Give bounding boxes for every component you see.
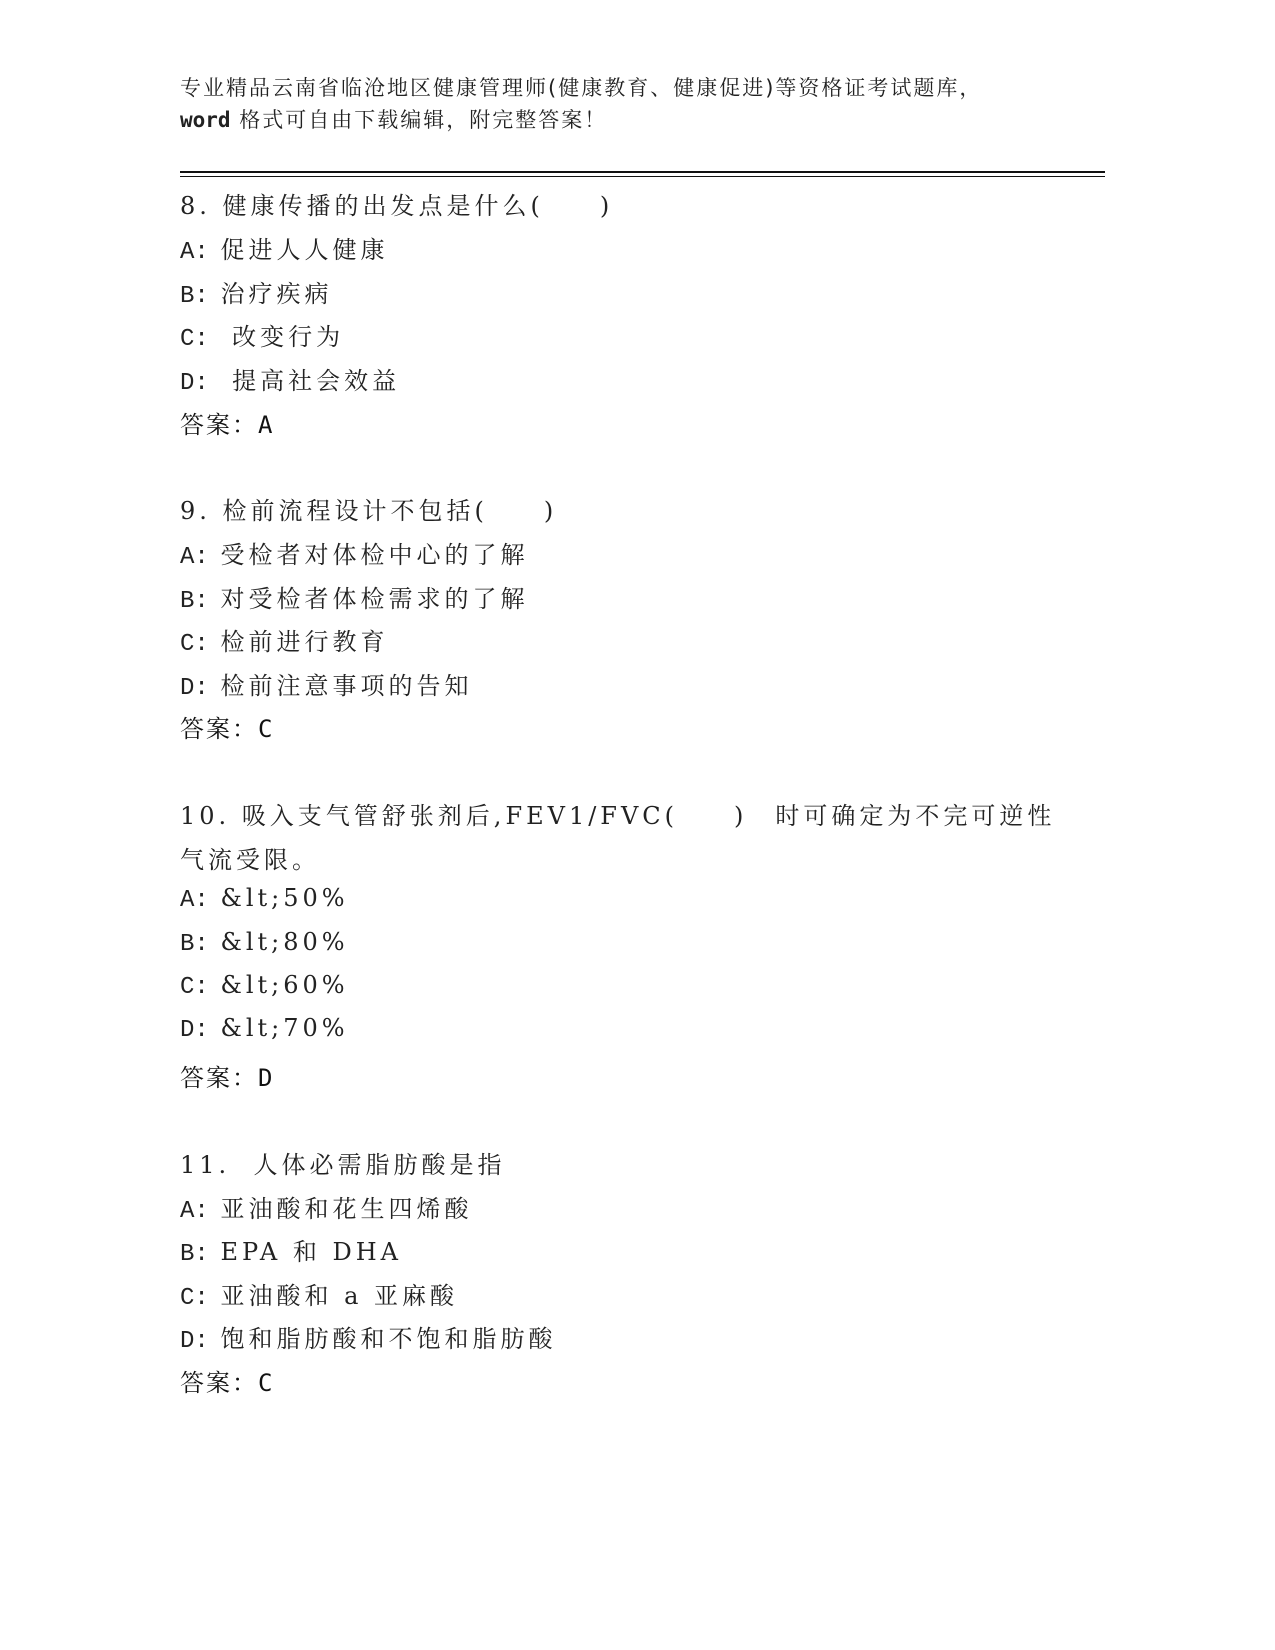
answer-label: 答案： [180,1369,258,1397]
question-8-answer: 答案：A [180,405,274,440]
document-header: 专业精品云南省临沧地区健康管理师(健康教育、健康促进)等资格证考试题库， wor… [180,72,1080,136]
question-9-option-d: D: 检前注意事项的告知 [180,666,472,702]
option-letter: D: [180,675,209,702]
option-text: EPA 和 DHA [220,1238,402,1266]
option-letter: A: [180,887,209,914]
header-line-2-rest: 格式可自由下载编辑，附完整答案！ [231,108,608,132]
option-text: 治疗疾病 [220,280,332,308]
question-number: 8. [180,192,211,220]
option-text: 改变行为 [220,323,344,351]
option-text: 促进人人健康 [220,236,388,264]
question-11-option-b: B: EPA 和 DHA [180,1232,402,1268]
question-8-option-c: C: 改变行为 [180,317,344,353]
answer-label: 答案： [180,411,258,439]
option-text: 检前进行教育 [220,628,388,656]
option-letter: A: [180,1198,209,1225]
header-divider-thick [180,171,1105,173]
option-text: 亚油酸和 a 亚麻酸 [220,1282,458,1310]
question-11-option-d: D: 饱和脂肪酸和不饱和脂肪酸 [180,1319,556,1355]
header-line-1: 专业精品云南省临沧地区健康管理师(健康教育、健康促进)等资格证考试题库， [180,72,1080,104]
question-number: 11. [180,1151,230,1179]
option-text: &lt;80% [220,928,348,956]
question-9-option-b: B: 对受检者体检需求的了解 [180,579,528,615]
option-text: 检前注意事项的告知 [220,672,472,700]
option-text: &lt;50% [220,884,348,912]
option-letter: B: [180,1241,209,1268]
question-8-option-d: D: 提高社会效益 [180,361,400,397]
header-word-label: word [180,108,231,132]
question-8-option-a: A: 促进人人健康 [180,230,388,266]
option-letter: A: [180,239,209,266]
question-11-answer: 答案：C [180,1363,274,1398]
answer-label: 答案： [180,715,258,743]
option-letter: B: [180,931,209,958]
option-letter: C: [180,974,209,1001]
answer-value: D [258,1064,274,1092]
question-9-stem: 9. 检前流程设计不包括( ) [180,491,557,526]
question-10-option-c: C: &lt;60% [180,971,349,1001]
question-9-option-c: C: 检前进行教育 [180,622,388,658]
option-letter: B: [180,283,209,310]
option-text: 亚油酸和花生四烯酸 [220,1195,472,1223]
question-10-option-d: D: &lt;70% [180,1014,349,1044]
document-page: 专业精品云南省临沧地区健康管理师(健康教育、健康促进)等资格证考试题库， wor… [0,0,1275,1650]
question-text: 健康传播的出发点是什么( ) [223,192,614,220]
option-letter: D: [180,1328,209,1355]
answer-value: C [258,715,274,743]
question-11-option-a: A: 亚油酸和花生四烯酸 [180,1189,472,1225]
question-9-answer: 答案：C [180,709,274,744]
question-number: 10. [180,802,230,830]
question-9-option-a: A: 受检者对体检中心的了解 [180,535,528,571]
question-10-option-a: A: &lt;50% [180,884,349,914]
option-text: &lt;60% [220,971,348,999]
question-8-stem: 8. 健康传播的出发点是什么( ) [180,186,613,221]
option-text: 受检者对体检中心的了解 [220,541,528,569]
option-letter: A: [180,544,209,571]
question-8-option-b: B: 治疗疾病 [180,274,332,310]
option-letter: C: [180,326,209,353]
question-number: 9. [180,497,211,525]
option-letter: B: [180,588,209,615]
question-text: 检前流程设计不包括( ) [223,497,558,525]
question-11-stem: 11. 人体必需脂肪酸是指 [180,1145,505,1180]
option-letter: D: [180,370,209,397]
header-line-2: word 格式可自由下载编辑，附完整答案！ [180,104,1080,136]
option-letter: D: [180,1017,209,1044]
option-text: &lt;70% [220,1014,348,1042]
question-10-answer: 答案：D [180,1058,274,1093]
answer-value: A [258,411,274,439]
question-text: 吸入支气管舒张剂后,FEV1/FVC( ) 时可确定为不完可逆性 [242,802,1056,830]
option-letter: C: [180,631,209,658]
header-divider-thin [180,176,1105,177]
question-10-stem: 10. 吸入支气管舒张剂后,FEV1/FVC( ) 时可确定为不完可逆性 [180,796,1055,831]
answer-label: 答案： [180,1064,258,1092]
question-11-option-c: C: 亚油酸和 a 亚麻酸 [180,1276,458,1312]
question-text: 人体必需脂肪酸是指 [242,1151,506,1179]
question-10-stem-continued: 气流受限。 [180,840,320,875]
option-text: 提高社会效益 [220,367,400,395]
option-text: 对受检者体检需求的了解 [220,585,528,613]
option-letter: C: [180,1285,209,1312]
option-text: 饱和脂肪酸和不饱和脂肪酸 [220,1325,556,1353]
question-10-option-b: B: &lt;80% [180,928,349,958]
answer-value: C [258,1369,274,1397]
